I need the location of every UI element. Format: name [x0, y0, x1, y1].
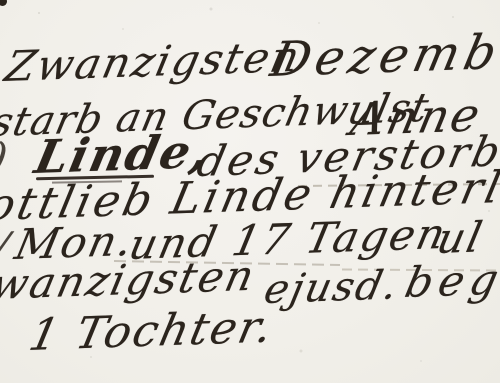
word-ejusd-abbrev: ejusd.	[261, 265, 403, 310]
paper-background: Zwanzigsten Dezembe starb an Geschwulst …	[0, 0, 500, 383]
word-cutoff-ul: ul	[434, 216, 488, 260]
ink-blot	[0, 0, 7, 6]
phrase-1-tochter: 1 Tochter.	[25, 306, 278, 358]
word-zwanzigsten: Zwanzigsten	[2, 36, 305, 88]
word-cutoff-beg: beg	[402, 259, 500, 304]
cutoff-stroke-fragment: )	[0, 137, 13, 180]
word-dezember: Dezembe	[267, 27, 500, 84]
word-zwanzigsten-second: wanzigsten	[0, 255, 259, 306]
word-linde-underlined: Linde,	[31, 128, 215, 180]
